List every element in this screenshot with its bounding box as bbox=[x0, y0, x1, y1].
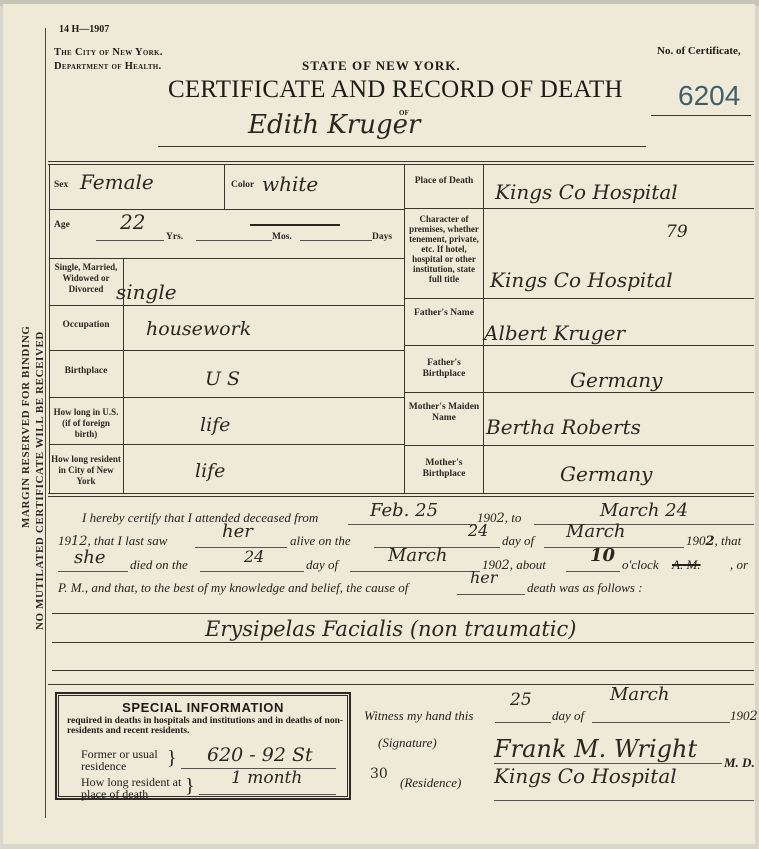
form-code: 14 H—1907 bbox=[59, 24, 109, 35]
how-long-resident-value: 1 month bbox=[231, 768, 302, 788]
cause-of-death-value: Erysipelas Facialis (non traumatic) bbox=[205, 617, 576, 641]
years-label: Yrs. bbox=[166, 232, 183, 243]
last-saw-pronoun: her bbox=[222, 521, 253, 542]
attended-to-value: March 24 bbox=[600, 500, 688, 521]
certify-line-1: I hereby certify that I attended decease… bbox=[82, 510, 318, 526]
mother-name-value: Bertha Roberts bbox=[486, 415, 641, 439]
day-of-text: day of bbox=[306, 557, 338, 573]
former-residence-label: Former or usual residence bbox=[81, 748, 181, 772]
or-text: , or bbox=[730, 557, 748, 573]
last-saw-text: , that I last saw bbox=[88, 533, 168, 548]
witness-text: Witness my hand this bbox=[364, 708, 473, 724]
how-long-us-value: life bbox=[200, 414, 230, 436]
sex-color-divider bbox=[224, 164, 225, 209]
margin-binding-note: MARGIN RESERVED FOR BINDING bbox=[20, 325, 32, 528]
row-rule bbox=[49, 350, 404, 351]
sex-value: Female bbox=[80, 170, 154, 194]
cause-pronoun: her bbox=[470, 568, 497, 587]
attended-from-value: Feb. 25 bbox=[370, 500, 438, 521]
oclock-text: o'clock bbox=[622, 557, 659, 573]
died-month-rule bbox=[350, 571, 480, 572]
marital-value: single bbox=[116, 280, 177, 304]
age-years-rule bbox=[96, 240, 164, 241]
year-value: 2 bbox=[750, 709, 758, 724]
father-name-label: Father's Name bbox=[406, 308, 482, 319]
hour-rule bbox=[566, 571, 620, 572]
place-of-death-value: Kings Co Hospital bbox=[495, 180, 678, 204]
certificate-number-label: No. of Certificate, bbox=[657, 45, 741, 57]
months-label: Mos. bbox=[272, 232, 292, 243]
row-rule bbox=[404, 208, 754, 209]
special-information-box: SPECIAL INFORMATION required in deaths i… bbox=[55, 692, 351, 800]
age-days-rule bbox=[300, 240, 372, 241]
pronoun-rule bbox=[195, 547, 287, 548]
row-rule bbox=[404, 298, 754, 299]
died-hour: 10 bbox=[590, 545, 615, 566]
row-rule bbox=[404, 392, 754, 393]
am-struck-text: A. M. bbox=[672, 557, 701, 573]
special-info-title: SPECIAL INFORMATION bbox=[57, 700, 349, 715]
page-title: CERTIFICATE AND RECORD OF DEATH bbox=[168, 76, 623, 104]
year-value: 2 bbox=[497, 511, 505, 526]
brace: } bbox=[167, 746, 177, 770]
died-day-rule bbox=[200, 571, 304, 572]
months-value-dash bbox=[250, 224, 340, 226]
brace: } bbox=[185, 774, 195, 798]
row-rule bbox=[404, 345, 754, 346]
cause-follows-text: death was as follows : bbox=[527, 580, 643, 596]
residence-label: (Residence) bbox=[400, 775, 461, 791]
witness-day: 25 bbox=[510, 690, 532, 710]
row-rule bbox=[49, 209, 404, 210]
age-months-rule bbox=[196, 240, 272, 241]
witness-month: March bbox=[610, 684, 669, 705]
witness-year-group: 1902 bbox=[730, 708, 758, 724]
from-rule bbox=[348, 524, 476, 525]
alive-text: alive on the bbox=[290, 533, 351, 549]
how-long-us-label: How long in U.S. (if of foreign birth) bbox=[50, 407, 122, 440]
cause-rule-3 bbox=[52, 670, 754, 671]
how-long-resident-rule bbox=[199, 794, 336, 795]
age-years-value: 22 bbox=[120, 210, 145, 234]
that-text: , that bbox=[715, 533, 742, 548]
sex-label: Sex bbox=[54, 180, 68, 191]
residence-value: Kings Co Hospital bbox=[494, 764, 677, 788]
year-prefix: 190 bbox=[686, 533, 706, 548]
premises-value: Kings Co Hospital bbox=[490, 268, 673, 292]
signature-label: (Signature) bbox=[378, 735, 437, 751]
died-day: 24 bbox=[244, 547, 264, 566]
residence-rule bbox=[494, 800, 754, 801]
grid-bottom-rule bbox=[48, 493, 754, 494]
grid-top-rule-2 bbox=[48, 164, 754, 165]
certificate-number-rule bbox=[651, 115, 751, 116]
to-text: , to bbox=[505, 510, 522, 525]
row-rule bbox=[49, 305, 404, 306]
year-value: 2 bbox=[706, 534, 715, 549]
cause-rule-1 bbox=[52, 613, 754, 614]
year-prefix: 19 bbox=[58, 533, 71, 548]
year-value: 2 bbox=[502, 558, 510, 573]
deceased-name: Edith Kruger bbox=[248, 110, 420, 140]
row-rule bbox=[49, 397, 404, 398]
occupation-label: Occupation bbox=[50, 320, 122, 331]
how-long-nyc-label: How long resident in City of New York bbox=[50, 454, 122, 487]
last-saw-month: March bbox=[566, 521, 625, 542]
day-of-text: day of bbox=[502, 533, 534, 549]
grid-bottom-rule-2 bbox=[48, 496, 754, 497]
cause-pronoun-rule bbox=[457, 594, 525, 595]
mother-name-label: Mother's Maiden Name bbox=[406, 402, 482, 424]
former-residence-value: 620 - 92 St bbox=[207, 744, 313, 766]
age-label: Age bbox=[54, 220, 70, 231]
day-of-text: day of bbox=[552, 708, 584, 724]
row-rule bbox=[404, 445, 754, 446]
certify-text: I hereby certify that I attended decease… bbox=[82, 510, 318, 525]
died-text: died on the bbox=[130, 557, 188, 573]
physician-signature: Frank M. Wright bbox=[494, 735, 697, 763]
city-line: The City of New York. bbox=[54, 46, 163, 60]
father-birthplace-value: Germany bbox=[570, 368, 662, 392]
father-birthplace-label: Father's Birthplace bbox=[406, 358, 482, 380]
residence-number: 30 bbox=[370, 766, 388, 782]
about-text: , about bbox=[510, 557, 546, 572]
marital-label: Single, Married, Widowed or Divorced bbox=[50, 262, 122, 295]
how-long-nyc-value: life bbox=[195, 460, 225, 482]
last-saw-day: 24 bbox=[468, 521, 488, 540]
year-prefix: 190 bbox=[730, 708, 750, 723]
mother-birthplace-label: Mother's Birthplace bbox=[406, 458, 482, 480]
color-label: Color bbox=[231, 180, 254, 191]
premises-label: Character of premises, whether tenement,… bbox=[406, 214, 482, 284]
she-rule bbox=[58, 571, 128, 572]
witness-month-rule bbox=[592, 722, 730, 723]
state-heading: STATE OF NEW YORK. bbox=[302, 58, 461, 74]
father-name-value: Albert Kruger bbox=[484, 321, 625, 345]
md-label: M. D. bbox=[724, 755, 755, 771]
days-label: Days bbox=[372, 232, 392, 243]
row-rule bbox=[49, 444, 404, 445]
cause-intro-text: P. M., and that, to the best of my knowl… bbox=[58, 580, 408, 596]
department-line: Department of Health. bbox=[54, 60, 163, 74]
died-pronoun: she bbox=[74, 547, 105, 568]
year2-group: 1902, that bbox=[686, 533, 741, 549]
cause-rule-2 bbox=[52, 642, 754, 643]
row-rule bbox=[49, 258, 404, 259]
certificate-number: 6204 bbox=[678, 80, 740, 112]
department-heading: The City of New York. Department of Heal… bbox=[54, 46, 163, 74]
color-value: white bbox=[262, 172, 318, 196]
special-info-subtitle: required in deaths in hospitals and inst… bbox=[67, 716, 347, 736]
died-month: March bbox=[388, 545, 447, 566]
margin-mutilated-note: NO MUTILATED CERTIFICATE WILL BE RECEIVE… bbox=[34, 331, 46, 630]
premises-ward: 79 bbox=[666, 222, 688, 242]
name-rule bbox=[158, 146, 646, 147]
grid-top-rule bbox=[48, 161, 754, 162]
witness-day-rule bbox=[495, 722, 551, 723]
mother-birthplace-value: Germany bbox=[560, 462, 652, 486]
birthplace-label: Birthplace bbox=[50, 366, 122, 377]
how-long-resident-label: How long resident at place of death bbox=[81, 776, 191, 800]
occupation-value: housework bbox=[146, 318, 251, 340]
birthplace-value: U S bbox=[205, 368, 240, 390]
place-of-death-label: Place of Death bbox=[406, 176, 482, 187]
